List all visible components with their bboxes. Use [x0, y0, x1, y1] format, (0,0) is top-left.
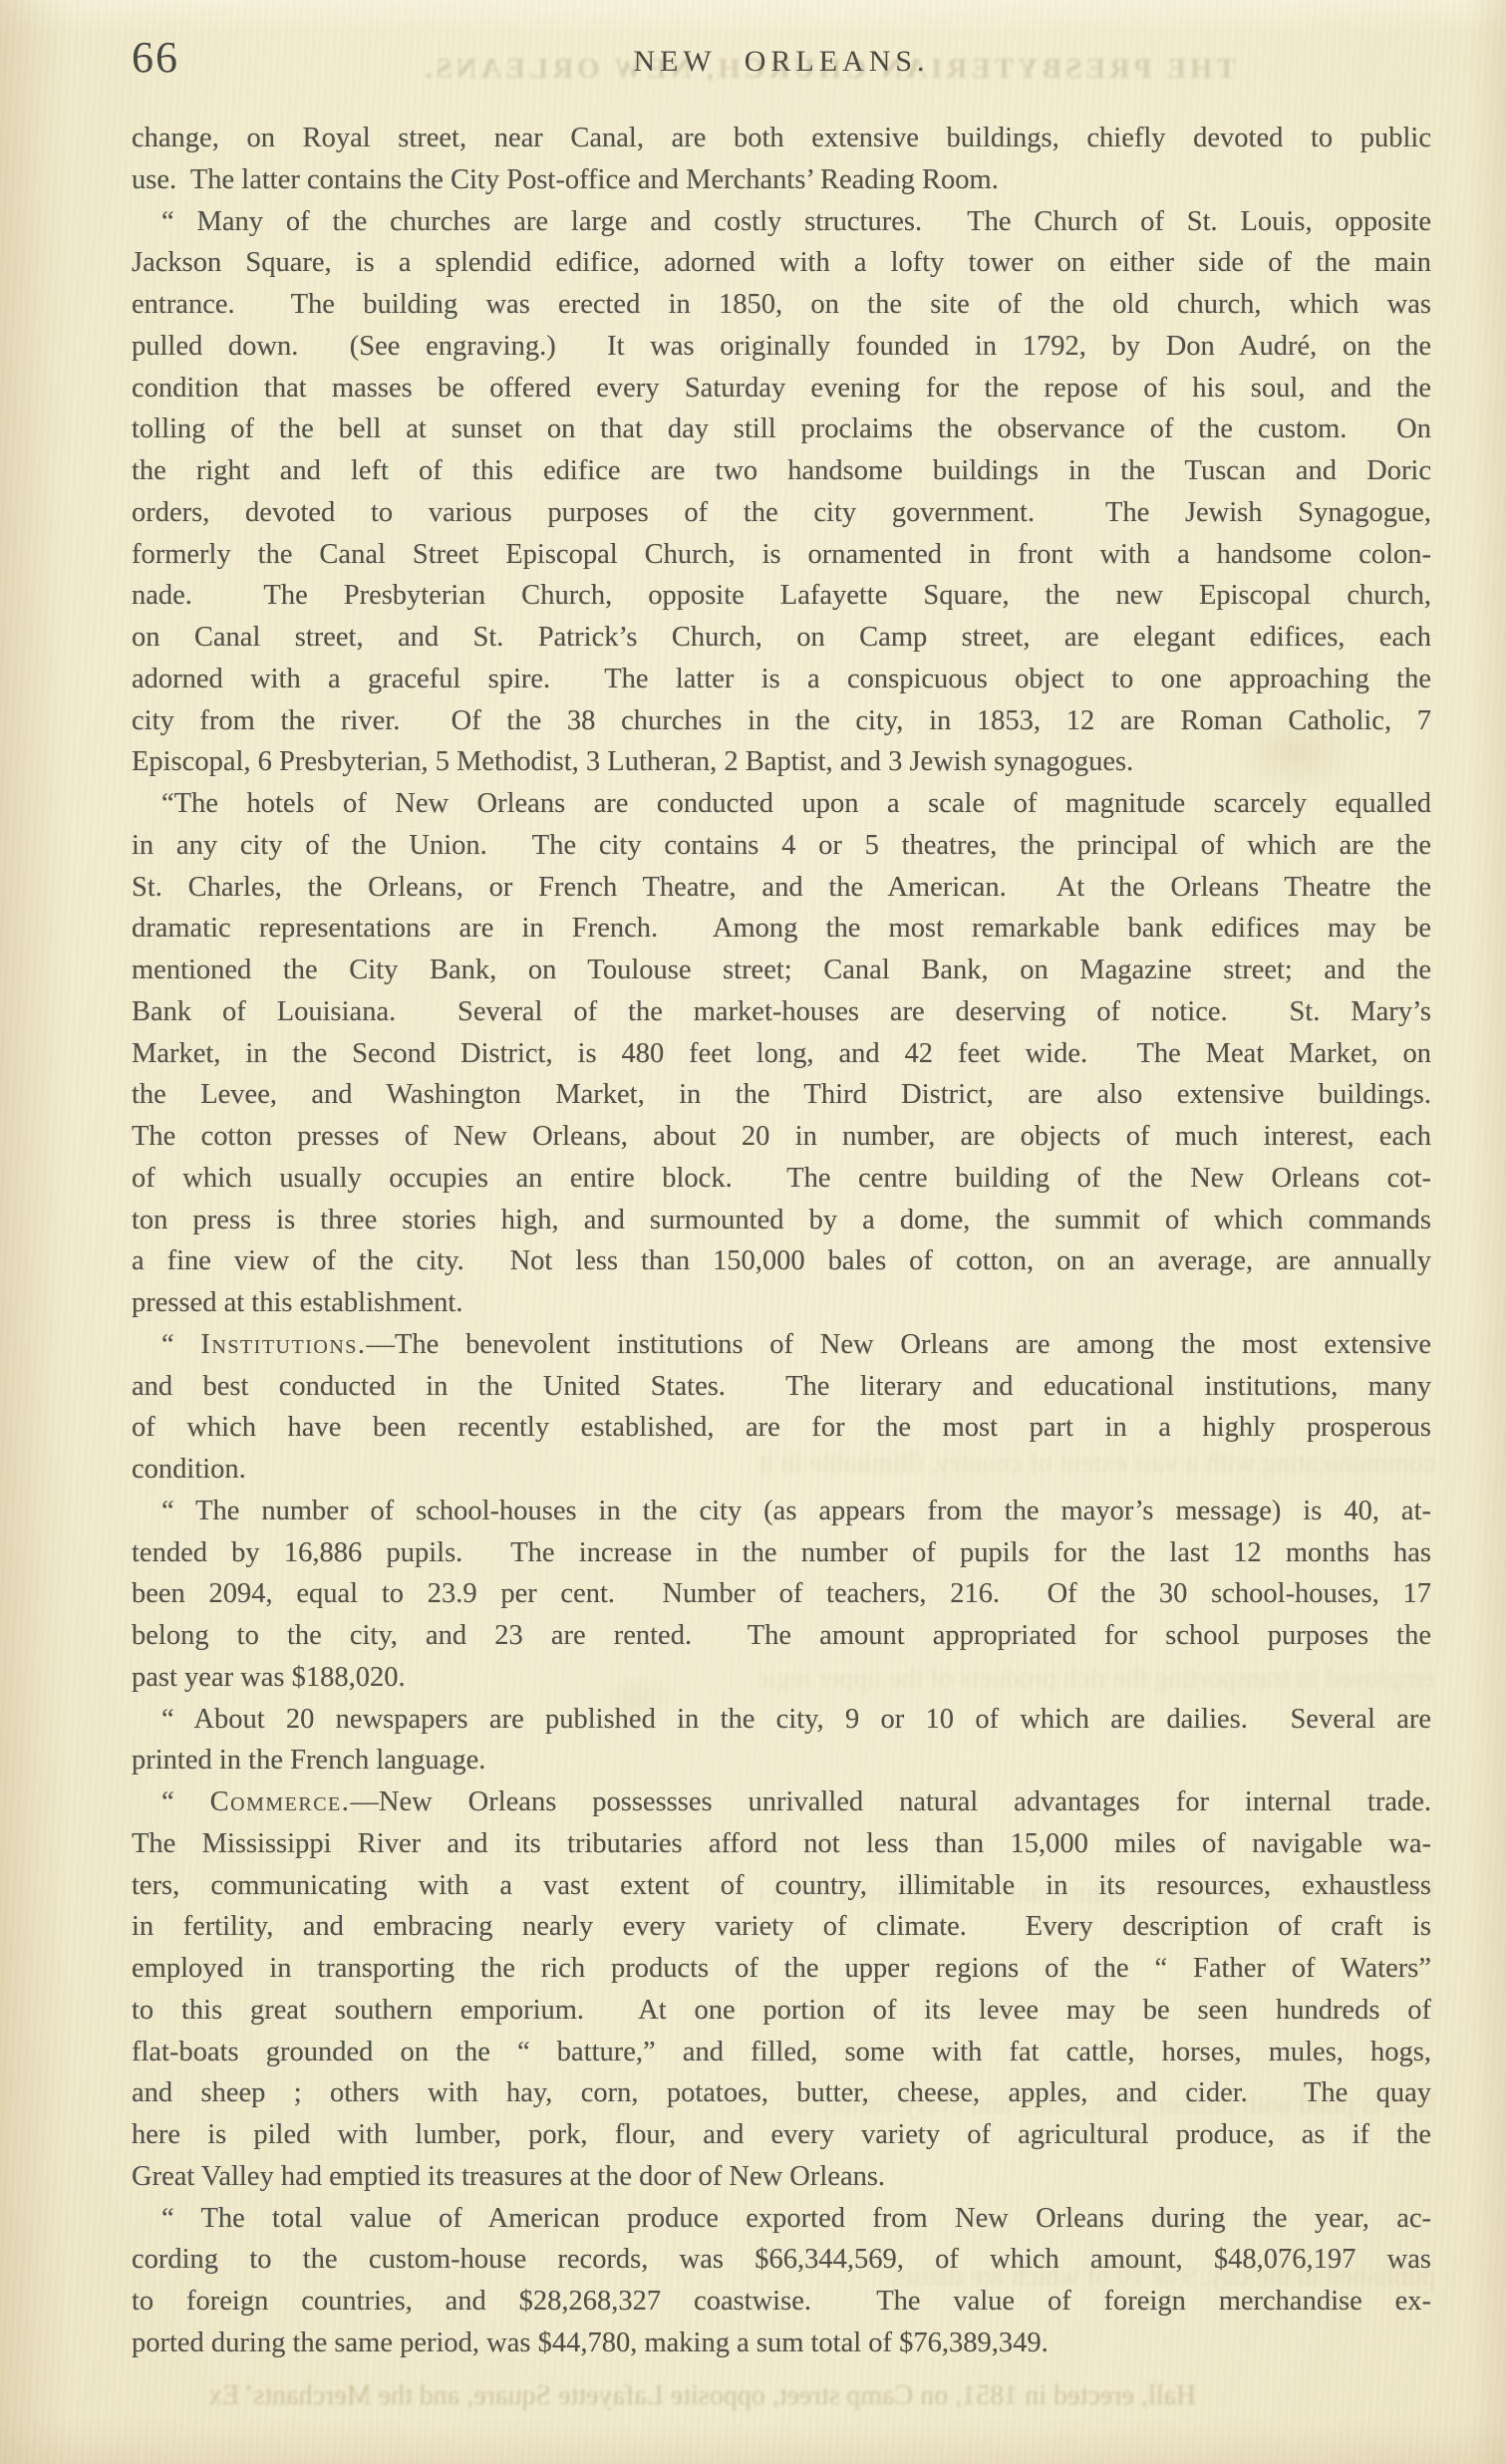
- text-line: employed in transporting the rich produc…: [132, 1948, 1431, 1990]
- paragraph: “The hotels of New Orleans are conducted…: [132, 783, 1431, 1324]
- text-line: tolling of the bell at sunset on that da…: [132, 409, 1431, 450]
- text-line: “ The number of school-houses in the cit…: [132, 1491, 1431, 1532]
- text-line: The Mississippi River and its tributarie…: [132, 1823, 1431, 1865]
- text-line: in any city of the Union. The city conta…: [132, 825, 1431, 867]
- text-line: “ The total value of American produce ex…: [132, 2198, 1431, 2240]
- text-line: Great Valley had emptied its treasures a…: [132, 2156, 1431, 2198]
- text-line: Market, in the Second District, is 480 f…: [132, 1033, 1431, 1075]
- page: THE PRESBYTERIAN CHURCH, NEW ORLEANS.Hal…: [0, 0, 1506, 2464]
- text-line: pressed at this establishment.: [132, 1282, 1431, 1324]
- text-line: ters, communicating with a vast extent o…: [132, 1865, 1431, 1907]
- text-line: Bank of Louisiana. Several of the market…: [132, 991, 1431, 1033]
- small-caps-heading: Institutions.: [200, 1329, 366, 1360]
- text-line: past year was $188,020.: [132, 1657, 1431, 1699]
- text-segment: “: [161, 1786, 210, 1817]
- text-line: “ Commerce.—New Orleans possessses unriv…: [132, 1781, 1431, 1823]
- text-line: “ About 20 newspapers are published in t…: [132, 1699, 1431, 1741]
- small-caps-heading: Commerce.: [210, 1786, 351, 1817]
- text-line: in fertility, and embracing nearly every…: [132, 1906, 1431, 1948]
- paragraph: “ The number of school-houses in the cit…: [132, 1491, 1431, 1699]
- text-line: Episcopal, 6 Presbyterian, 5 Methodist, …: [132, 741, 1431, 783]
- text-line: flat-boats grounded on the “ batture,” a…: [132, 2032, 1431, 2073]
- text-line: dramatic representations are in French. …: [132, 908, 1431, 950]
- text-line: The cotton presses of New Orleans, about…: [132, 1116, 1431, 1158]
- text-line: “The hotels of New Orleans are conducted…: [132, 783, 1431, 825]
- text-line: been 2094, equal to 23.9 per cent. Numbe…: [132, 1573, 1431, 1615]
- text-line: condition that masses be offered every S…: [132, 368, 1431, 410]
- text-line: condition.: [132, 1449, 1431, 1491]
- text-line: orders, devoted to various purposes of t…: [132, 492, 1431, 534]
- paragraph: change, on Royal street, near Canal, are…: [132, 118, 1431, 201]
- text-body: change, on Royal street, near Canal, are…: [132, 118, 1431, 2364]
- text-segment: —New Orleans possessses unrivalled natur…: [350, 1786, 1431, 1817]
- text-line: the right and left of this edifice are t…: [132, 450, 1431, 492]
- text-line: of which have been recently established,…: [132, 1407, 1431, 1449]
- text-line: a fine view of the city. Not less than 1…: [132, 1240, 1431, 1282]
- text-line: and best conducted in the United States.…: [132, 1366, 1431, 1408]
- text-line: city from the river. Of the 38 churches …: [132, 700, 1431, 742]
- text-segment: “: [161, 1329, 200, 1360]
- text-line: printed in the French language.: [132, 1740, 1431, 1781]
- text-line: change, on Royal street, near Canal, are…: [132, 118, 1431, 159]
- text-line: to this great southern emporium. At one …: [132, 1990, 1431, 2032]
- text-line: belong to the city, and 23 are rented. T…: [132, 1615, 1431, 1657]
- text-line: adorned with a graceful spire. The latte…: [132, 659, 1431, 700]
- text-line: to foreign countries, and $28,268,327 co…: [132, 2281, 1431, 2323]
- text-line: the Levee, and Washington Market, in the…: [132, 1074, 1431, 1116]
- text-line: on Canal street, and St. Patrick’s Churc…: [132, 617, 1431, 659]
- paragraph: “ Commerce.—New Orleans possessses unriv…: [132, 1781, 1431, 2198]
- paragraph: “ About 20 newspapers are published in t…: [132, 1699, 1431, 1782]
- text-line: “ Many of the churches are large and cos…: [132, 201, 1431, 243]
- text-line: St. Charles, the Orleans, or French Thea…: [132, 867, 1431, 909]
- text-line: pulled down. (See engraving.) It was ori…: [132, 326, 1431, 368]
- text-line: “ Institutions.—The benevolent instituti…: [132, 1324, 1431, 1366]
- text-line: use. The latter contains the City Post-o…: [132, 159, 1431, 201]
- text-line: tended by 16,886 pupils. The increase in…: [132, 1532, 1431, 1574]
- paragraph: “ The total value of American produce ex…: [132, 2198, 1431, 2364]
- text-line: cording to the custom-house records, was…: [132, 2239, 1431, 2281]
- paragraph: “ Institutions.—The benevolent instituti…: [132, 1324, 1431, 1491]
- text-segment: —The benevolent institutions of New Orle…: [367, 1329, 1431, 1360]
- text-line: ported during the same period, was $44,7…: [132, 2323, 1431, 2364]
- text-line: formerly the Canal Street Episcopal Chur…: [132, 534, 1431, 576]
- bleed-through-text: Hall, erected in 1851, on Camp street, o…: [110, 2379, 1196, 2413]
- paragraph: “ Many of the churches are large and cos…: [132, 201, 1431, 784]
- text-line: and sheep ; others with hay, corn, potat…: [132, 2072, 1431, 2114]
- text-line: here is piled with lumber, pork, flour, …: [132, 2114, 1431, 2156]
- text-line: nade. The Presbyterian Church, opposite …: [132, 575, 1431, 617]
- text-line: ton press is three stories high, and sur…: [132, 1200, 1431, 1241]
- page-header: 66 NEW ORLEANS.: [132, 0, 1431, 100]
- text-line: mentioned the City Bank, on Toulouse str…: [132, 950, 1431, 991]
- running-title: NEW ORLEANS.: [132, 47, 1431, 77]
- text-line: Jackson Square, is a splendid edifice, a…: [132, 242, 1431, 284]
- text-line: entrance. The building was erected in 18…: [132, 284, 1431, 326]
- text-line: of which usually occupies an entire bloc…: [132, 1158, 1431, 1200]
